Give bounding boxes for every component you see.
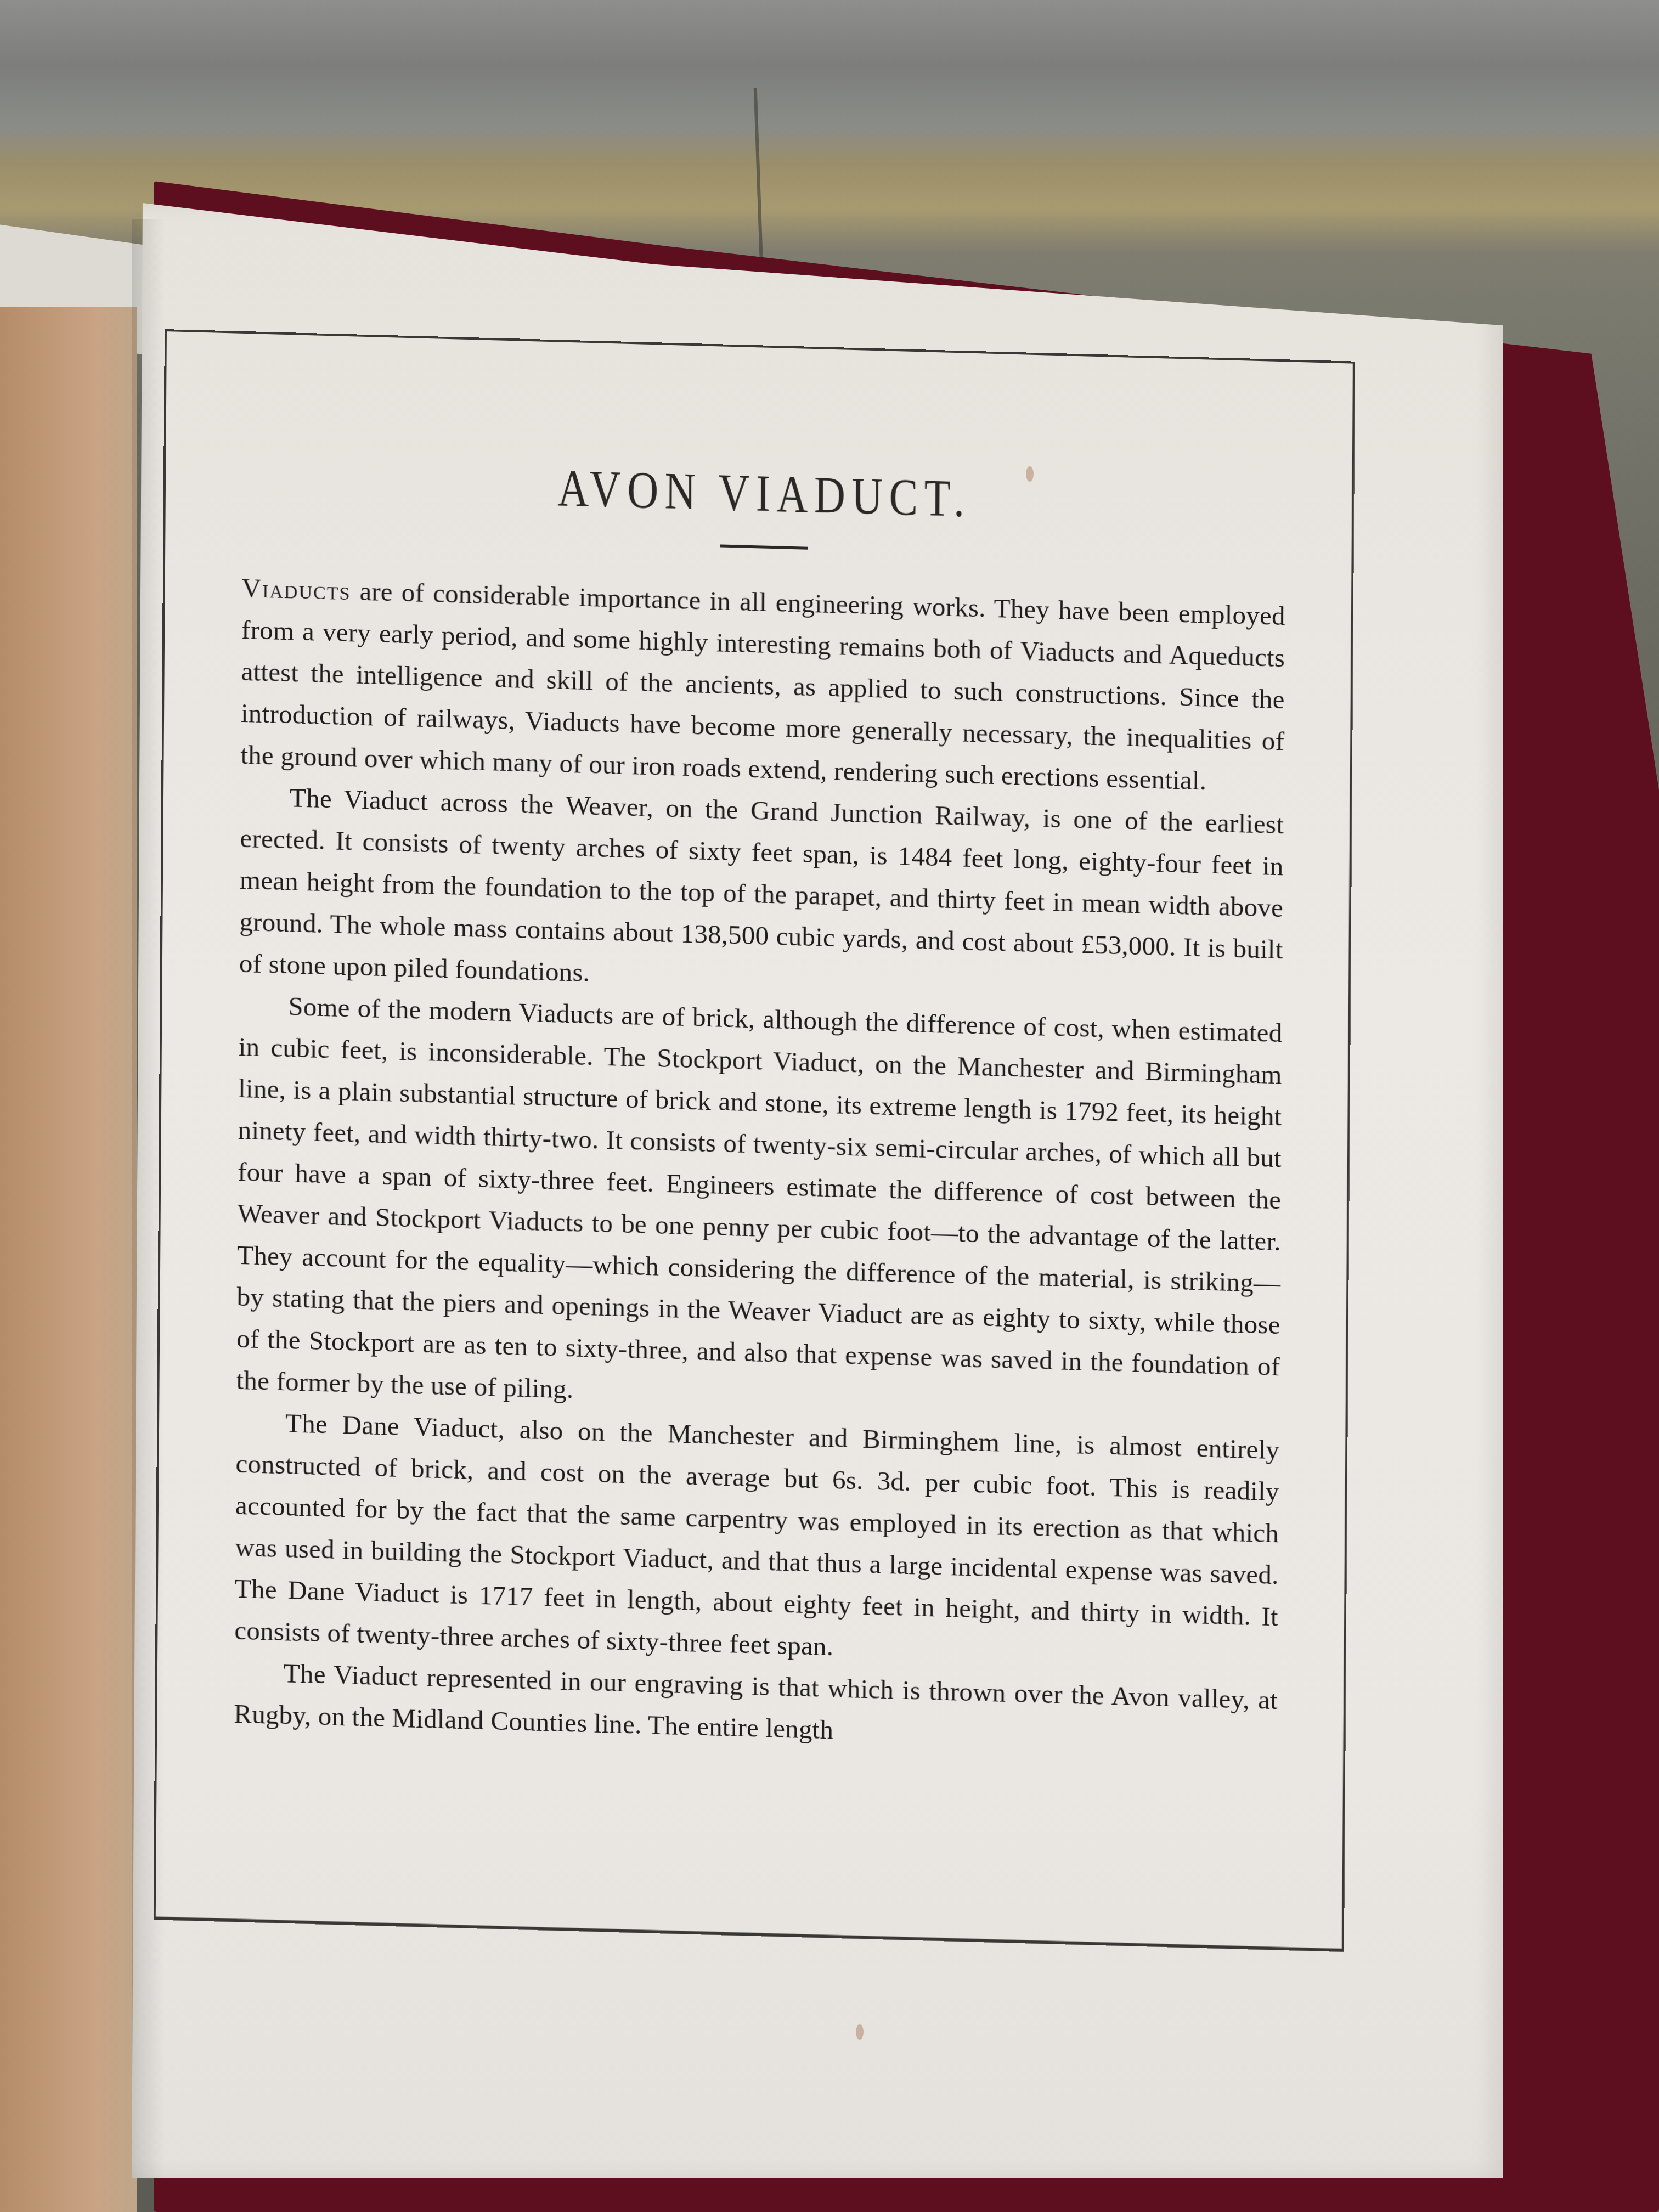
paragraph-3: Some of the modern Viaducts are of brick… — [236, 984, 1282, 1429]
left-facing-page — [0, 307, 137, 2212]
title-rule — [720, 544, 808, 549]
page-title: AVON VIADUCT. — [336, 451, 1192, 535]
paragraph-1-text: are of considerable importance in all en… — [240, 575, 1285, 795]
drop-smallcaps-lead: Viaducts — [242, 573, 351, 606]
foxing-spot — [856, 2024, 864, 2040]
body-text: Viaducts are of considerable importance … — [234, 567, 1285, 1763]
paragraph-1: Viaducts are of considerable importance … — [240, 567, 1285, 804]
paragraph-2: The Viaduct across the Weaver, on the Gr… — [239, 776, 1284, 1012]
paragraph-4: The Dane Viaduct, also on the Manchester… — [234, 1401, 1279, 1679]
text-frame: AVON VIADUCT. Viaducts are of considerab… — [154, 329, 1355, 1952]
